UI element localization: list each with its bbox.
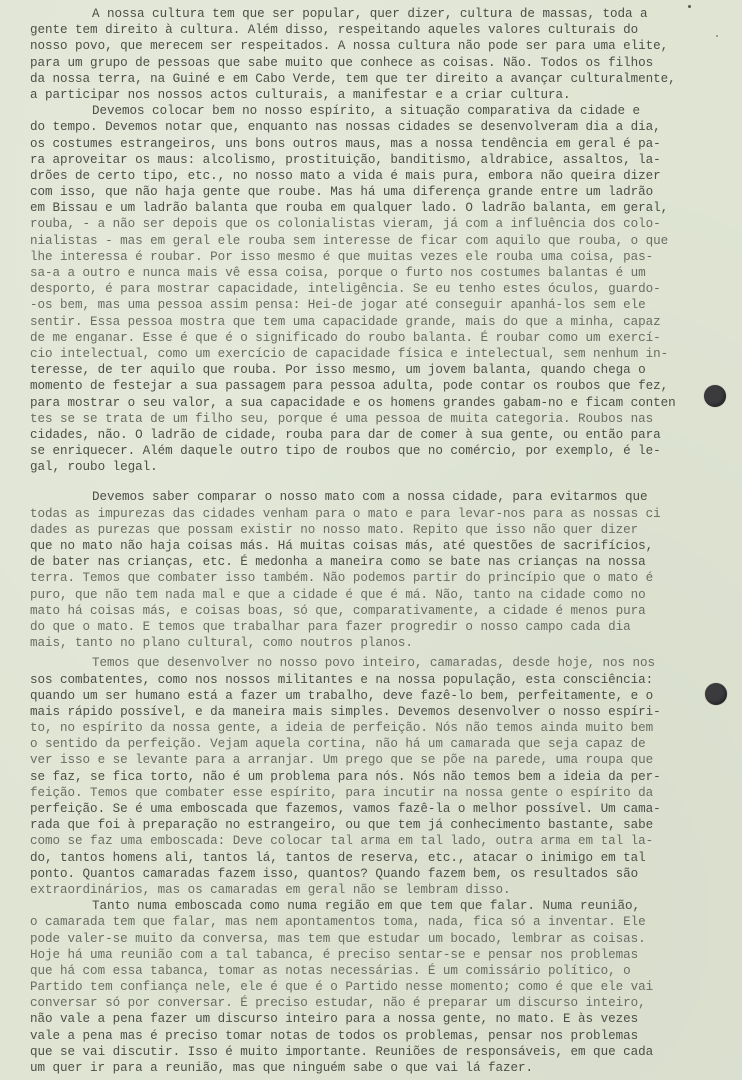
text-line: em Bissau e um ladrão balanta que rouba … bbox=[30, 200, 710, 216]
text-line: cio intelectual, como um exercício de ca… bbox=[30, 346, 710, 362]
text-line: A nossa cultura tem que ser popular, que… bbox=[30, 6, 710, 22]
text-line: de bater nas crianças, etc. É medonha a … bbox=[30, 554, 710, 570]
text-line: da nossa terra, na Guiné e em Cabo Verde… bbox=[30, 71, 710, 87]
text-line: mais, tanto no plano cultural, como nout… bbox=[30, 635, 710, 651]
text-line: não vale a pena fazer um discurso inteir… bbox=[30, 1011, 710, 1027]
text-line: do tempo. Devemos notar que, enquanto na… bbox=[30, 119, 710, 135]
text-line: Hoje há uma reunião com a tal tabanca, é… bbox=[30, 947, 710, 963]
paragraph-gap bbox=[30, 475, 710, 489]
text-line: lhe interessa é roubar. Por isso mesmo é… bbox=[30, 249, 710, 265]
text-line: nosso povo, que merecem ser respeitados.… bbox=[30, 38, 710, 54]
text-line: rouba, - a não ser depois que os colonia… bbox=[30, 216, 710, 232]
text-line: o sentido da perfeição. Vejam aquela cor… bbox=[30, 736, 710, 752]
text-line: tes se se trata de um filho seu, porque … bbox=[30, 411, 710, 427]
text-line: mais rápido possível, e da maneira mais … bbox=[30, 704, 710, 720]
text-line: perfeição. Se é uma emboscada que fazemo… bbox=[30, 801, 710, 817]
text-line: gente tem direito à cultura. Além disso,… bbox=[30, 22, 710, 38]
text-line: que há com essa tabanca, tomar as notas … bbox=[30, 963, 710, 979]
text-line: se enriquecer. Além daquele outro tipo d… bbox=[30, 443, 710, 459]
document-body: A nossa cultura tem que ser popular, que… bbox=[30, 6, 710, 1076]
text-line: que no mato não haja coisas más. Há muit… bbox=[30, 538, 710, 554]
text-line: ver isso e se levante para a arranjar. U… bbox=[30, 752, 710, 768]
text-line: Partido tem confiança nele, ele é que é … bbox=[30, 979, 710, 995]
text-line: Tanto numa emboscada como numa região em… bbox=[30, 898, 710, 914]
text-line: com isso, que não haja gente que roube. … bbox=[30, 184, 710, 200]
paragraph-city-vs-bush: Devemos colocar bem no nosso espírito, a… bbox=[30, 103, 710, 475]
text-line: Temos que desenvolver no nosso povo inte… bbox=[30, 655, 710, 671]
text-line: to, no espírito da nossa gente, a ideia … bbox=[30, 720, 710, 736]
text-line: ponto. Quantos camaradas fazem isso, qua… bbox=[30, 866, 710, 882]
text-line: extraordinários, mas os camaradas em ger… bbox=[30, 882, 710, 898]
text-line: rada que foi à preparação no estrangeiro… bbox=[30, 817, 710, 833]
text-line: cidades, não. O ladrão de cidade, rouba … bbox=[30, 427, 710, 443]
punch-hole bbox=[704, 385, 726, 407]
text-line: sentir. Essa pessoa mostra que tem uma c… bbox=[30, 314, 710, 330]
text-line: desporto, é para mostrar capacidade, int… bbox=[30, 281, 710, 297]
text-line: ra aproveitar os maus: alcolismo, prosti… bbox=[30, 152, 710, 168]
text-line: do, tantos homens ali, tantos lá, tantos… bbox=[30, 850, 710, 866]
text-line: a participar nos nossos actos culturais,… bbox=[30, 87, 710, 103]
text-line: para mostrar o seu valor, a sua capacida… bbox=[30, 395, 710, 411]
text-line: quando um ser humano está a fazer um tra… bbox=[30, 688, 710, 704]
typewritten-page: A nossa cultura tem que ser popular, que… bbox=[0, 0, 742, 1080]
ink-speck bbox=[716, 35, 718, 37]
paragraph-perfection: Temos que desenvolver no nosso povo inte… bbox=[30, 655, 710, 898]
text-line: que se vai discutir. Isso é muito import… bbox=[30, 1044, 710, 1060]
text-line: pode valer-se muito da conversa, mas tem… bbox=[30, 931, 710, 947]
text-line: momento de festejar a sua passagem para … bbox=[30, 378, 710, 394]
text-line: feição. Temos que combater esse espírito… bbox=[30, 785, 710, 801]
text-line: sos combatentes, como nos nossos militan… bbox=[30, 672, 710, 688]
text-line: sa-a a outro e nunca mais vê essa coisa,… bbox=[30, 265, 710, 281]
text-line: Devemos colocar bem no nosso espírito, a… bbox=[30, 103, 710, 119]
punch-hole bbox=[705, 683, 727, 705]
text-line: do que o mato. E temos que trabalhar par… bbox=[30, 619, 710, 635]
text-line: Devemos saber comparar o nosso mato com … bbox=[30, 489, 710, 505]
text-line: teresse, de ter aquilo que rouba. Por is… bbox=[30, 362, 710, 378]
text-line: terra. Temos que combater isso também. N… bbox=[30, 570, 710, 586]
text-line: dades as purezas que possam existir no n… bbox=[30, 522, 710, 538]
text-line: como se faz uma emboscada: Deve colocar … bbox=[30, 833, 710, 849]
text-line: um quer ir para a reunião, mas que ningu… bbox=[30, 1060, 710, 1076]
paragraph-culture: A nossa cultura tem que ser popular, que… bbox=[30, 6, 710, 103]
text-line: nialistas - mas em geral ele rouba sem i… bbox=[30, 233, 710, 249]
text-line: o camarada tem que falar, mas nem aponta… bbox=[30, 914, 710, 930]
text-line: -os bem, mas uma pessoa assim pensa: Hei… bbox=[30, 297, 710, 313]
text-line: vale a pena mas é preciso tomar notas de… bbox=[30, 1028, 710, 1044]
text-line: conversar só por conversar. É preciso es… bbox=[30, 995, 710, 1011]
text-line: se faz, se fica torto, não é um problema… bbox=[30, 769, 710, 785]
text-line: para um grupo de pessoas que sabe muito … bbox=[30, 55, 710, 71]
paragraph-compare-bush-city: Devemos saber comparar o nosso mato com … bbox=[30, 489, 710, 651]
ink-speck bbox=[688, 5, 691, 8]
text-line: gal, roubo legal. bbox=[30, 459, 710, 475]
text-line: os costumes estrangeiros, uns bons outro… bbox=[30, 136, 710, 152]
text-line: puro, que não tem nada mal e que a cidad… bbox=[30, 587, 710, 603]
text-line: de me enganar. Esse é que é o significad… bbox=[30, 330, 710, 346]
text-line: mato há coisas más, e coisas boas, só qu… bbox=[30, 603, 710, 619]
paragraph-meetings: Tanto numa emboscada como numa região em… bbox=[30, 898, 710, 1076]
text-line: todas as impurezas das cidades venham pa… bbox=[30, 506, 710, 522]
text-line: drões de certo tipo, etc., no nosso mato… bbox=[30, 168, 710, 184]
